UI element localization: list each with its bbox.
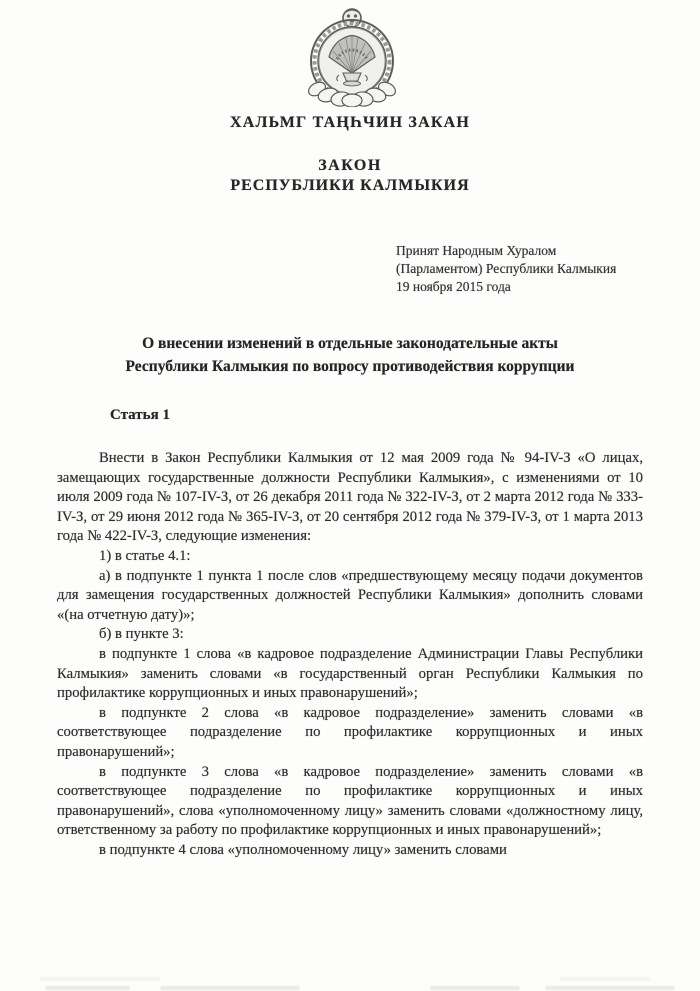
paragraph-subitem-4: в подпункте 4 слова «уполномоченному лиц… (57, 841, 643, 861)
paragraph-subitem-2: в подпункте 2 слова «в кадровое подразде… (57, 704, 643, 763)
paragraph-item-1: 1) в статье 4.1: (57, 547, 643, 567)
scan-artifact (430, 986, 520, 990)
scan-artifact (545, 986, 675, 990)
law-title-word: ЗАКОН (0, 157, 700, 175)
adoption-line-3: 19 ноября 2015 года (396, 278, 656, 296)
law-title-republic: РЕСПУБЛИКИ КАЛМЫКИЯ (0, 177, 700, 195)
law-title-kalmyk: ХАЛЬМГ ТАҢҺЧИН ЗАКАН (0, 114, 700, 132)
law-body: Внести в Закон Республики Калмыкия от 12… (57, 449, 643, 860)
paragraph-item-1b: б) в пункте 3: (57, 625, 643, 645)
coat-of-arms-kalmykia (295, 7, 409, 107)
paragraph-subitem-1: в подпункте 1 слова «в кадровое подразде… (57, 645, 643, 704)
law-subject-title: О внесении изменений в отдельные законод… (40, 332, 660, 378)
law-subject-line-1: О внесении изменений в отдельные законод… (40, 332, 660, 355)
scanned-law-document-page: ХАЛЬМГ ТАҢҺЧИН ЗАКАН ЗАКОН РЕСПУБЛИКИ КА… (0, 0, 700, 991)
adoption-note: Принят Народным Хуралом (Парламентом) Ре… (396, 242, 656, 296)
law-subject-line-2: Республики Калмыкия по вопросу противоде… (40, 355, 660, 378)
paragraph-amendment-intro: Внести в Закон Республики Калмыкия от 12… (57, 449, 643, 547)
adoption-line-2: (Парламентом) Республики Калмыкия (396, 260, 656, 278)
scan-artifact (40, 977, 160, 981)
article-1-heading: Статья 1 (110, 407, 170, 424)
paragraph-subitem-3: в подпункте 3 слова «в кадровое подразде… (57, 763, 643, 841)
adoption-line-1: Принят Народным Хуралом (396, 242, 656, 260)
scan-artifact (560, 977, 650, 981)
scan-artifact (45, 986, 130, 990)
scan-artifact (160, 986, 300, 990)
paragraph-item-1a: а) в подпункте 1 пункта 1 после слов «пр… (57, 567, 643, 626)
coat-of-arms-icon (295, 7, 409, 107)
